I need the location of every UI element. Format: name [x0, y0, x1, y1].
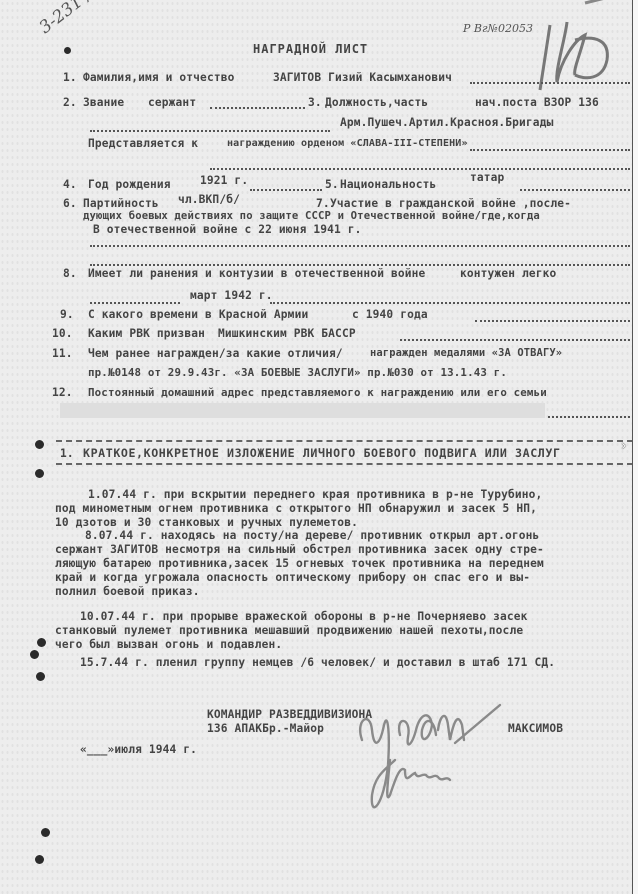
field-label-position: Должность,часть	[325, 96, 428, 109]
handwritten-page-number	[495, 0, 638, 100]
field-number: 2.	[63, 96, 77, 109]
fill-line	[250, 187, 322, 191]
field-number: 1.	[63, 71, 77, 84]
fill-line	[470, 80, 630, 84]
field-value-party: чл.ВКП/б/	[178, 193, 240, 206]
binder-hole	[30, 650, 39, 659]
field-number: 6.	[63, 197, 77, 210]
award-sheet-page: 3-231 / 3.8.44г Р Вг№02053 НАГРАДНОЙ ЛИС…	[0, 0, 633, 894]
binder-hole	[36, 672, 45, 681]
signatory-title: КОМАНДИР РАЗВЕДДИВИЗИОНА	[207, 708, 372, 721]
fill-line	[270, 300, 630, 304]
narrative-line: 8.07.44 г. находясь на посту/на дереве/ …	[85, 529, 539, 542]
narrative-line: чего был вызван огонь и подавлен.	[55, 638, 282, 651]
field-number: 4.	[63, 178, 77, 191]
section-number: 1.	[60, 447, 74, 460]
fill-line	[210, 105, 305, 109]
narrative-line: 1.07.44 г. при вскрытии переднего края п…	[88, 488, 542, 501]
field-label-war-participation: Участие в гражданской войне ,после-	[330, 197, 571, 210]
field-number: 8.	[63, 267, 77, 280]
field-value-prior-awards-cont: пр.№0148 от 29.9.43г. «ЗА БОЕВЫЕ ЗАСЛУГИ…	[88, 366, 507, 379]
binder-hole	[37, 638, 46, 647]
fill-line	[90, 262, 630, 266]
field-value-draft-office: Мишкинским РВК БАССР	[218, 327, 356, 340]
field-value-full-name: ЗАГИТОВ Гизий Касымханович	[273, 71, 452, 84]
binder-hole	[35, 855, 44, 864]
field-value-birth-year: 1921 г.	[200, 174, 248, 187]
page-edge	[632, 0, 638, 894]
binder-hole	[35, 469, 44, 478]
section-heading: КРАТКОЕ,КОНКРЕТНОЕ ИЗЛОЖЕНИЕ ЛИЧНОГО БОЕ…	[83, 447, 561, 460]
nomination-value: награждению орденом «СЛАВА-III-СТЕПЕНИ»	[227, 137, 468, 150]
document-date: «___»июля 1944 г.	[80, 743, 197, 756]
handwritten-signature	[350, 695, 510, 825]
field-label-army-since: С какого времени в Красной Армии	[88, 308, 308, 321]
field-value-wounds-date: март 1942 г.	[190, 289, 273, 302]
document-title: НАГРАДНОЙ ЛИСТ	[253, 43, 368, 56]
narrative-line: край и когда угрожала опасность оптическ…	[55, 571, 530, 584]
narrative-line: станковый пулемет противника мешавший пр…	[55, 624, 523, 637]
field-number: 7.	[316, 197, 330, 210]
redacted-home-address	[60, 403, 545, 418]
signatory-unit-rank: 136 АПАКБр.-Майор	[207, 722, 324, 735]
field-label-birth-year: Год рождения	[88, 178, 171, 191]
fill-line	[90, 128, 330, 132]
field-number: 3.	[308, 96, 322, 109]
field-value-rank: сержант	[148, 96, 196, 109]
section-divider	[56, 440, 633, 442]
narrative-line: сержант ЗАГИТОВ несмотря на сильный обст…	[55, 543, 544, 556]
signatory-name: МАКСИМОВ	[508, 722, 563, 735]
field-number: 5.	[325, 178, 339, 191]
field-number: 9.	[60, 308, 74, 321]
field-label-rank: Звание	[83, 96, 124, 109]
field-number: 11.	[52, 347, 73, 360]
field-value-nationality: татар	[470, 171, 504, 184]
field-label-home-address: Постоянный домашний адрес представляемог…	[88, 386, 547, 399]
narrative-line: 10.07.44 г. при прорыве вражеской оборон…	[80, 610, 528, 623]
fill-line	[400, 337, 630, 341]
field-label-party: Партийность	[83, 197, 159, 210]
field-value-position: нач.поста ВЗОР 136	[475, 96, 599, 109]
field-value-war-participation: В отечественной войне с 22 июня 1941 г.	[93, 223, 362, 236]
field-number: 10.	[52, 327, 73, 340]
binder-hole	[41, 828, 50, 837]
fill-line	[475, 318, 630, 322]
binder-hole	[64, 47, 71, 54]
field-label-war-participation-cont: дующих боевых действиях по защите СССР и…	[83, 210, 540, 223]
nomination-label: Представляется к	[88, 137, 198, 150]
field-value-prior-awards: награжден медалями «ЗА ОТВАГУ»	[370, 347, 562, 360]
field-value-unit: Арм.Пушеч.Артил.Красноя.Бригады	[340, 116, 553, 129]
field-number: 12.	[52, 386, 73, 399]
section-divider	[56, 463, 633, 465]
fill-line	[470, 147, 630, 151]
fill-line	[548, 414, 630, 418]
narrative-line: ляющую батарею противника,засек 15 огнев…	[55, 557, 544, 570]
field-label-wounds: Имеет ли ранения и контузии в отечествен…	[88, 267, 425, 280]
field-label-draft-office: Каким РВК призван	[88, 327, 205, 340]
narrative-line: 15.7.44 г. пленил группу немцев /6 челов…	[80, 656, 555, 669]
fill-line	[90, 300, 180, 304]
fill-line	[520, 187, 630, 191]
field-label-prior-awards: Чем ранее награжден/за какие отличия/	[88, 347, 343, 360]
binder-hole	[35, 440, 44, 449]
narrative-line: полнил боевой приказ.	[55, 585, 200, 598]
fill-line	[210, 166, 630, 170]
fill-line	[90, 243, 630, 247]
field-label-full-name: Фамилия,имя и отчество	[83, 71, 234, 84]
narrative-line: под минометным огнем противника с открыт…	[55, 502, 537, 515]
chevron-right-icon[interactable]: ›	[621, 439, 631, 453]
field-label-nationality: Национальность	[340, 178, 436, 191]
field-value-army-since: с 1940 года	[352, 308, 428, 321]
handwritten-registration-note: 3-231 / 3.8.44г	[36, 0, 149, 38]
narrative-line: 10 дзотов и 30 станковых и ручных пулеме…	[55, 516, 358, 529]
field-value-wounds: контужен легко	[460, 267, 556, 280]
